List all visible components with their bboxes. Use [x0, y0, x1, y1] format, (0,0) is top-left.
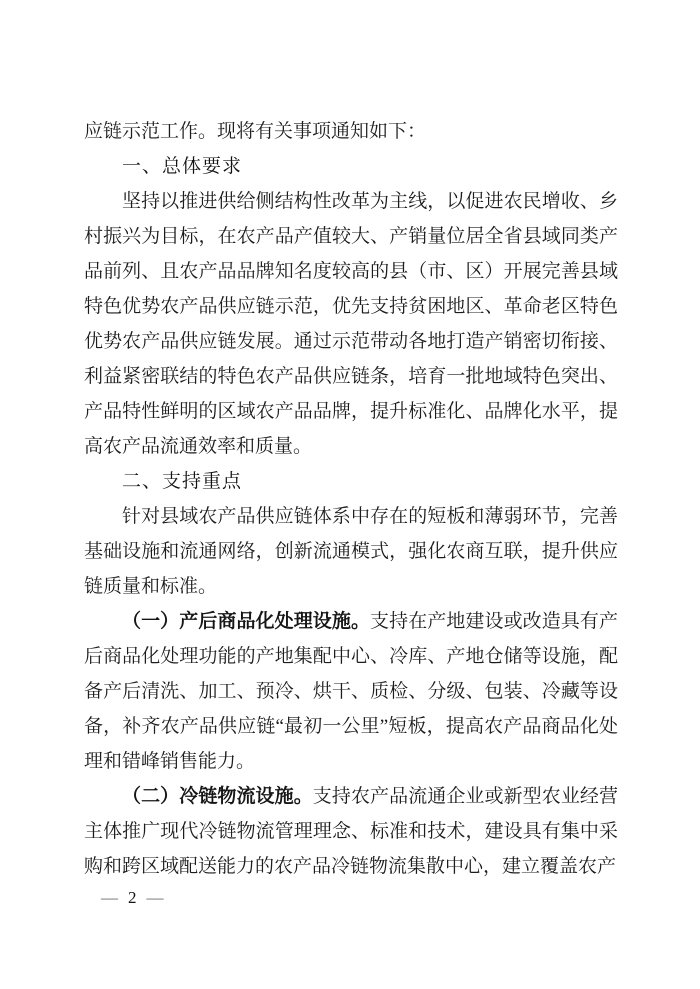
paragraph-continuation: 应链示范工作。现将有关事项通知如下：: [84, 114, 618, 149]
paragraph-support-priorities-intro: 针对县域农产品供应链体系中存在的短板和薄弱环节，完善基础设施和流通网络，创新流通…: [84, 499, 618, 604]
document-page: 应链示范工作。现将有关事项通知如下： 一、总体要求 坚持以推进供给侧结构性改革为…: [0, 0, 700, 989]
item-1-lead-label: （一）产后商品化处理设施。: [122, 611, 370, 632]
item-1-body-text: 支持在产地建设或改造具有产后商品化处理功能的产地集配中心、冷库、产地仓储等设施，…: [84, 611, 618, 772]
document-text-block: 应链示范工作。现将有关事项通知如下： 一、总体要求 坚持以推进供给侧结构性改革为…: [84, 114, 618, 884]
item-2-lead-label: （二）冷链物流设施。: [122, 786, 313, 807]
paragraph-item-2-cold-chain-logistics: （二）冷链物流设施。支持农产品流通企业或新型农业经营主体推广现代冷链物流管理理念…: [84, 779, 618, 884]
page-footer: — 2 —: [101, 884, 164, 912]
paragraph-item-1-postharvest-facilities: （一）产后商品化处理设施。支持在产地建设或改造具有产后商品化处理功能的产地集配中…: [84, 604, 618, 779]
paragraph-overall-requirements: 坚持以推进供给侧结构性改革为主线，以促进农民增收、乡村振兴为目标，在农产品产值较…: [84, 184, 618, 464]
footer-right-dash: —: [147, 884, 164, 912]
footer-left-dash: —: [101, 884, 118, 912]
section-heading-overall-requirements: 一、总体要求: [84, 149, 618, 184]
section-heading-support-priorities: 二、支持重点: [84, 464, 618, 499]
page-number: 2: [128, 884, 137, 912]
